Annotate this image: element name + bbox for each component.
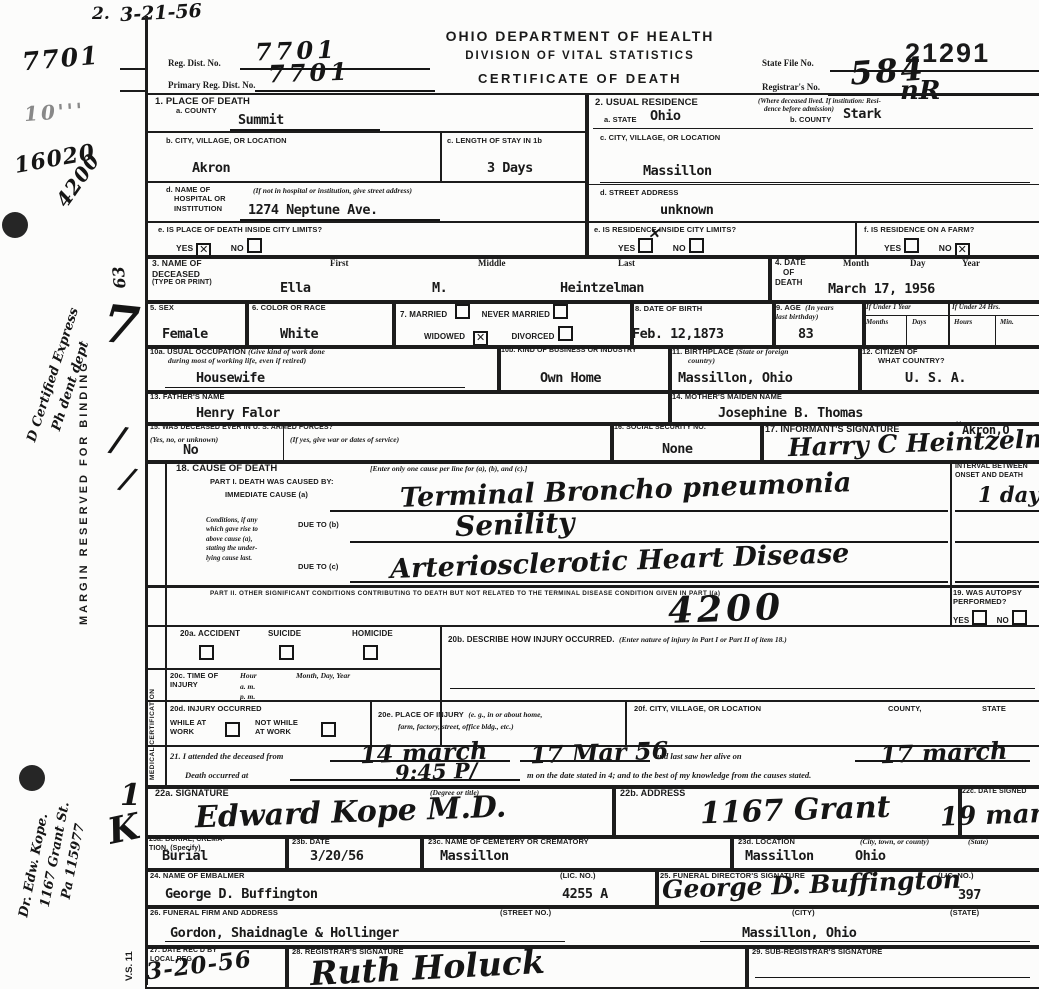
s18-due-to-c-label: DUE TO (c): [298, 562, 338, 571]
s19-autopsy: 19. WAS AUTOPSY PERFORMED?: [953, 588, 1022, 607]
s26-city-underline: [700, 941, 1030, 942]
s11-label-main: 11. BIRTHPLACE: [672, 347, 734, 356]
s3-title-line3: (TYPE OR PRINT): [152, 279, 212, 288]
s18-cause-b-handwritten: Senility: [454, 506, 575, 543]
s23d-value-city: Massillon: [745, 848, 814, 864]
header-dash-1: [120, 68, 148, 70]
s7-married-checkbox: [455, 304, 470, 319]
s20c-hour-ampm: Hour a. m. p. m.: [240, 671, 257, 703]
margin-number-7701: 7701: [21, 41, 101, 77]
s18-interval-head2: ONSET AND DEATH: [955, 472, 1028, 481]
s29-writing-line: [755, 977, 1030, 978]
s2c-city-value: Massillon: [643, 163, 712, 179]
s24-lic-value: 4255 A: [562, 886, 608, 902]
s20a-accident-label: 20a. ACCIDENT: [180, 629, 240, 639]
tally-63: 63: [109, 266, 130, 290]
s2b-county-label: b. COUNTY: [790, 115, 831, 124]
s26-firm-underline: [165, 941, 565, 942]
s4-head-year: Year: [962, 258, 980, 268]
s19-yesno: YES NO: [953, 610, 1030, 626]
s21-alive-underline: [855, 760, 1030, 762]
s7-never-married-checkbox: [553, 304, 568, 319]
s18-interval-head: INTERVAL BETWEEN ONSET AND DEATH: [955, 463, 1028, 481]
s9-min-head: Min.: [1000, 318, 1014, 326]
s18-cond1: Conditions, if any: [206, 516, 258, 525]
s16-value: None: [662, 441, 693, 457]
s24-label: 24. NAME OF EMBALMER: [150, 871, 245, 880]
s19-no-checkbox: [1012, 610, 1027, 625]
s21-time-handwritten: 9:45 P/: [395, 758, 478, 786]
s20a-suicide-checkbox: [279, 645, 294, 660]
s20d-not-while: NOT WHILE AT WORK: [255, 718, 298, 737]
death-certificate-scan: { "margin": { "corner_num": "2.", "date_…: [0, 0, 1039, 989]
s8-dob-value: Feb. 12,1873: [632, 326, 724, 342]
s9-days-head: Days: [912, 318, 926, 326]
s2d-street-value: unknown: [660, 202, 713, 218]
s11-note2: country): [688, 356, 789, 365]
s4-title-line1: 4. DATE: [775, 258, 806, 268]
s2c-underline: [600, 182, 1030, 183]
s10a-value: Housewife: [196, 370, 265, 386]
s13-label: 13. FATHER'S NAME: [150, 392, 225, 401]
s7-widowed-row: WIDOWED✕ DIVORCED: [424, 326, 576, 346]
s1c-stay-value: 3 Days: [487, 160, 533, 176]
s4-date-value: March 17, 1956: [828, 281, 935, 297]
s26-label: 26. FUNERAL FIRM AND ADDRESS: [150, 908, 278, 917]
margin-date-annotation: 3-21-56: [119, 0, 202, 26]
s20b-label-row: 20b. DESCRIBE HOW INJURY OCCURRED. (Ente…: [448, 629, 787, 647]
s1d-address-value: 1274 Neptune Ave.: [248, 202, 378, 218]
s20d-while-line1: WHILE AT: [170, 718, 206, 727]
s2c-city-label: c. CITY, VILLAGE, OR LOCATION: [600, 133, 720, 142]
s1d-label-line1: d. NAME OF: [166, 185, 226, 194]
bottom-left-script-annotation: Dr. Edw. Kope. 1167 Grant St. Pa 115977: [15, 670, 118, 926]
s9-age-note2: last birthday): [776, 312, 834, 321]
s26-city-head: (CITY): [792, 908, 815, 917]
hole-punch-top: [2, 212, 28, 238]
s9-age-value: 83: [798, 326, 813, 342]
s1e-citylimits-label: e. IS PLACE OF DEATH INSIDE CITY LIMITS?: [158, 225, 322, 234]
s9-age-label-main: 9. AGE: [776, 303, 801, 312]
s20e-label-block: 20e. PLACE OF INJURY (e. g., in or about…: [378, 704, 623, 731]
s2-row-e-top: [585, 221, 1039, 223]
s1b-city-value: Akron: [192, 160, 230, 176]
s18-interval-line-c: [955, 581, 1039, 583]
s10a-label: 10a. USUAL OCCUPATION (Give kind of work…: [150, 347, 325, 366]
primary-reg-label: Primary Reg. Dist. No.: [168, 80, 255, 90]
s24-embalmer-name: George D. Buffington: [165, 886, 318, 902]
s20d-while-checkbox: [225, 722, 240, 737]
title-line2: DIVISION OF VITAL STATISTICS: [405, 49, 755, 63]
s26-street-head: (STREET NO.): [500, 908, 551, 917]
s10b-value: Own Home: [540, 370, 601, 386]
row20def-top-border: [145, 700, 1039, 702]
s1a-county-value: Summit: [238, 112, 284, 128]
s20a-homicide-label: HOMICIDE: [352, 629, 393, 639]
s15-value: No: [183, 442, 198, 458]
s20c-month-day-year: Month, Day, Year: [296, 671, 350, 680]
s22a-label: 22a. SIGNATURE: [155, 788, 229, 799]
s4-head-day: Day: [910, 258, 926, 268]
s7-widowed-label: WIDOWED: [424, 332, 465, 341]
s10a-label-main: 10a. USUAL OCCUPATION: [150, 347, 246, 356]
s10b-label: 10b. KIND OF BUSINESS OR INDUSTRY: [501, 347, 637, 356]
s7-married-label: 7. MARRIED: [400, 310, 447, 319]
s22b-label: 22b. ADDRESS: [620, 788, 685, 799]
form-number-vs11: V.S. 11: [124, 925, 135, 981]
s1d-hospital-label: d. NAME OF HOSPITAL OR INSTITUTION: [166, 185, 226, 213]
s1-row-e-top: [145, 221, 585, 223]
s6-race-label: 6. COLOR OR RACE: [252, 303, 326, 312]
s1e-yes-label: YES: [176, 243, 193, 253]
s18-cond5: lying cause last.: [206, 554, 258, 563]
s18-interval-divider: [950, 460, 952, 625]
s19-label-line2: PERFORMED?: [953, 597, 1022, 606]
s6-race-value: White: [280, 326, 318, 342]
s4-title-line2: OF: [783, 268, 806, 278]
s20c-label-line1: 20c. TIME OF: [170, 671, 218, 680]
reg-dist-label: Reg. Dist. No.: [168, 58, 221, 68]
s1d-label-line2: HOSPITAL OR: [174, 194, 226, 203]
s3-head-middle: Middle: [478, 258, 506, 268]
s18-part2-label: PART II. OTHER SIGNIFICANT CONDITIONS CO…: [210, 590, 945, 598]
s9-age-label: 9. AGE (In years last birthday): [776, 303, 834, 322]
margin-number-faint: 10''': [23, 98, 86, 126]
s9-age-note1: (In years: [805, 303, 834, 312]
s9-months-head: Months: [866, 318, 888, 326]
title-line3: CERTIFICATE OF DEATH: [405, 71, 755, 87]
s18-interval-line-b: [955, 541, 1039, 543]
s11-note1: (State or foreign: [736, 347, 789, 356]
s1-row-b-top: [145, 131, 585, 133]
s12-value: U. S. A.: [905, 370, 966, 386]
s3-title-line2: DECEASED: [152, 269, 212, 280]
s21-to-underline: [520, 760, 650, 762]
s23b-label: 23b. DATE: [292, 837, 330, 846]
s20a-accident-checkbox: [199, 645, 214, 660]
s20de-divider: [370, 700, 372, 745]
s20b-note: (Enter nature of injury in Part I or Par…: [619, 635, 787, 644]
s12-label: 12. CITIZEN OF WHAT COUNTRY?: [862, 347, 945, 366]
s18-immediate-cause-label: IMMEDIATE CAUSE (a): [225, 490, 308, 499]
s7-divorced-checkbox: [558, 326, 573, 341]
s10a-note2: during most of working life, even if ret…: [168, 356, 325, 365]
s7-never-married-label: NEVER MARRIED: [482, 310, 550, 319]
s9-div-mid: [948, 300, 950, 345]
s2-note-line1: (Where deceased lived. If institution: R…: [758, 97, 881, 105]
tally-7: 7: [100, 293, 142, 357]
binding-margin-label: MARGIN RESERVED FOR BINDING: [78, 280, 90, 625]
s16-label: 16. SOCIAL SECURITY NO.: [614, 424, 706, 433]
s3-head-first: First: [330, 258, 349, 268]
s5-sex-value: Female: [162, 326, 208, 342]
s14-value: Josephine B. Thomas: [718, 405, 863, 421]
primary-reg-underline: [255, 90, 435, 92]
s20e-label: 20e. PLACE OF INJURY: [378, 710, 464, 719]
s3-middle-value: M.: [432, 280, 447, 296]
s23a-label-line1: 23a. BURIAL, CREMA-: [149, 836, 225, 845]
s18-interval-line-a: [955, 510, 1039, 512]
s20e-note2: farm, factory, street, office bldg., etc…: [398, 722, 623, 731]
s2-ef-divider: [855, 221, 857, 255]
s21-causes-stated-text: m on the date stated in 4; and to the be…: [527, 770, 811, 780]
s21-attended-text: 21. I attended the deceased from: [170, 751, 283, 761]
s23c-label: 23c. NAME OF CEMETERY OR CREMATORY: [428, 837, 589, 846]
s2-row-d-top: [585, 184, 1039, 185]
s20a-suicide-label: SUICIDE: [268, 629, 301, 639]
s1d-note: (If not in hospital or institution, give…: [253, 186, 412, 195]
s19-yes-checkbox: [972, 610, 987, 625]
s1-row-d-top: [145, 181, 585, 183]
s9-hours-head: Hours: [954, 318, 972, 326]
s21-time-underline: [290, 779, 520, 781]
s2-ab-underline: [593, 128, 1033, 129]
margin-corner-number: 2.: [92, 4, 110, 24]
tally-slash-1: /: [109, 419, 127, 460]
s23b-value: 3/20/56: [310, 848, 363, 864]
s9-under1yr-head: If Under 1 Year: [866, 303, 911, 311]
s12-label-line2: WHAT COUNTRY?: [878, 356, 945, 365]
s25-lic-value: 397: [958, 887, 981, 903]
s20c-label: 20c. TIME OF INJURY: [170, 671, 218, 690]
s2f-yes-label: YES: [884, 243, 901, 253]
s26-state-head: (STATE): [950, 908, 979, 917]
registrar-no-label: Registrar's No.: [762, 82, 820, 92]
s5-sex-label: 5. SEX: [150, 303, 174, 312]
s20b-label: 20b. DESCRIBE HOW INJURY OCCURRED.: [448, 635, 615, 644]
s18-cond3: above cause (a),: [206, 535, 258, 544]
part2-top-border: [145, 585, 1039, 588]
s18-due-to-b-label: DUE TO (b): [298, 520, 339, 529]
s23c-value: Massillon: [440, 848, 509, 864]
title-line1: OHIO DEPARTMENT OF HEALTH: [405, 28, 755, 46]
s2e-no-checkbox: [689, 238, 704, 253]
s20f-state-head: STATE: [982, 704, 1006, 713]
s19-no-label: NO: [997, 616, 1009, 625]
state-file-label: State File No.: [762, 58, 814, 68]
s15-label: 15. WAS DECEASED EVER IN U. S. ARMED FOR…: [150, 424, 333, 433]
primary-reg-value: 7701: [268, 57, 352, 89]
s20d-not-while-checkbox: [321, 722, 336, 737]
s1-bc-divider: [440, 131, 442, 181]
s22b-address-handwritten: 1167 Grant: [699, 790, 891, 832]
s29-label: 29. SUB-REGISTRAR'S SIGNATURE: [752, 947, 882, 956]
s12-label-line1: 12. CITIZEN OF: [862, 347, 945, 356]
medical-certification-vertical-label: MEDICAL CERTIFICATION: [149, 585, 156, 780]
s20f-label: 20f. CITY, VILLAGE, OR LOCATION: [634, 704, 761, 713]
s3-first-value: Ella: [280, 280, 311, 296]
s7-widowed-checkbox: ✕: [473, 331, 488, 346]
s3-last-value: Heintzelman: [560, 280, 644, 296]
s2f-no-label: NO: [939, 243, 952, 253]
s18-title-note: [Enter only one cause per line for (a), …: [370, 464, 527, 473]
s18-part1-label: PART I. DEATH WAS CAUSED BY:: [210, 477, 334, 486]
s23a-value: Burial: [162, 848, 208, 864]
s23d-note-state: (State): [968, 837, 988, 846]
s20d-while-at-work: WHILE AT WORK: [170, 718, 206, 737]
s8-dob-label: 8. DATE OF BIRTH: [635, 304, 702, 313]
s15-divider: [283, 422, 284, 460]
s2d-street-label: d. STREET ADDRESS: [600, 188, 679, 197]
medcert-strip-border: [165, 460, 167, 785]
tally-slash-2: /: [118, 461, 137, 498]
header-dash-2: [120, 90, 148, 92]
s11-label: 11. BIRTHPLACE (State or foreign country…: [672, 347, 789, 366]
s18-line-c: [350, 581, 948, 583]
s2a-state-value: Ohio: [650, 108, 681, 124]
row20-top-border: [145, 625, 1039, 627]
section3-name-of-deceased: [145, 255, 772, 304]
s26-city-value: Massillon, Ohio: [742, 925, 856, 941]
s20d-not-line1: NOT WHILE: [255, 718, 298, 727]
s3-head-last: Last: [618, 258, 635, 268]
s2e-citylimits-label: e. IS RESIDENCE INSIDE CITY LIMITS?: [594, 225, 736, 234]
s18-interval-value: 1 day: [978, 482, 1039, 507]
s20e-note1: (e. g., in or about home,: [468, 710, 542, 719]
s2e-yes-mark-above: ✕: [648, 226, 660, 242]
s20c-top-border: [145, 668, 440, 670]
s14-label: 14. MOTHER'S MAIDEN NAME: [672, 392, 782, 401]
s24-lic-label: (LIC. NO.): [560, 871, 596, 880]
s7-married-row: 7. MARRIED NEVER MARRIED: [400, 304, 571, 320]
s23d-value-state: Ohio: [855, 848, 886, 864]
s1c-stay-label: c. LENGTH OF STAY IN 1b: [447, 136, 542, 145]
s22c-label: 22c. DATE SIGNED: [962, 788, 1027, 797]
s20b-writing-line: [450, 688, 1035, 689]
s9-under24hr-head: If Under 24 Hrs.: [952, 303, 1000, 311]
s18-line-b: [350, 541, 948, 543]
s1a-county-label: a. COUNTY: [176, 106, 217, 115]
s21-death-occurred-text: Death occurred at: [185, 770, 248, 780]
s18-cond4: stating the under-: [206, 544, 258, 553]
s15-note2: (If yes, give war or dates of service): [290, 435, 399, 444]
s4-title-line3: DEATH: [775, 278, 806, 288]
s22c-date-handwritten: 19 mar 56: [940, 797, 1039, 832]
s9-div-1: [906, 315, 907, 345]
s2f-farm-label: f. IS RESIDENCE ON A FARM?: [864, 225, 974, 234]
s20d-while-line2: WORK: [170, 727, 206, 736]
s19-yes-label: YES: [953, 616, 969, 625]
s23d-note-city: (City, town, or county): [860, 837, 929, 846]
s2-title: 2. USUAL RESIDENCE: [595, 97, 698, 109]
s9-subrow-line: [862, 315, 1039, 316]
s23d-label: 23d. LOCATION: [738, 837, 795, 846]
s20d-label: 20d. INJURY OCCURRED: [170, 704, 262, 713]
s20c-am-label: a. m.: [240, 682, 257, 693]
s7-divorced-label: DIVORCED: [511, 332, 554, 341]
s20a-homicide-checkbox: [363, 645, 378, 660]
s20f-county-head: COUNTY,: [888, 704, 922, 713]
s19-label-line1: 19. WAS AUTOPSY: [953, 588, 1022, 597]
s11-value: Massillon, Ohio: [678, 370, 792, 386]
s1d-label-line3: INSTITUTION: [174, 204, 226, 213]
s26-firm-value: Gordon, Shaidnagle & Hollinger: [170, 925, 399, 941]
s18-conditions-note: Conditions, if any which gave rise to ab…: [206, 516, 258, 563]
s4-head-month: Month: [843, 258, 869, 268]
s3-title: 3. NAME OF DECEASED (TYPE OR PRINT): [152, 258, 212, 288]
s20d-not-line2: AT WORK: [255, 727, 298, 736]
s2e-yes-label: YES: [618, 243, 635, 253]
s10a-note1: (Give kind of work done: [248, 347, 325, 356]
form-title: OHIO DEPARTMENT OF HEALTH DIVISION OF VI…: [405, 28, 755, 87]
s2f-yes-checkbox: [904, 238, 919, 253]
s2a-state-label: a. STATE: [604, 115, 637, 124]
s21-alive-date-handwritten: 17 march: [880, 736, 1008, 769]
s2e-no-label: NO: [673, 243, 686, 253]
s2b-county-value: Stark: [843, 106, 881, 122]
s20c-label-line2: INJURY: [170, 680, 218, 689]
s1b-city-label: b. CITY, VILLAGE, OR LOCATION: [166, 136, 287, 145]
s18-title: 18. CAUSE OF DEATH: [176, 463, 277, 475]
s20c-hour-label: Hour: [240, 671, 257, 682]
s1e-no-label: NO: [231, 243, 244, 253]
s21-last-saw-text: and last saw her alive on: [655, 751, 742, 761]
s10a-underline: [165, 387, 465, 388]
s13-value: Henry Falor: [196, 405, 280, 421]
s18-interval-head1: INTERVAL BETWEEN: [955, 463, 1028, 472]
s1e-no-checkbox: [247, 238, 262, 253]
s18-line-a: [330, 510, 948, 512]
s9-div-2: [995, 315, 996, 345]
s3-title-line1: 3. NAME OF: [152, 258, 212, 269]
s4-title: 4. DATE OF DEATH: [775, 258, 806, 288]
s2e-yesno: YES NO: [618, 238, 707, 254]
s18-cond2: which gave rise to: [206, 525, 258, 534]
s21-to-date-handwritten: 17 Mar 56: [530, 736, 669, 770]
